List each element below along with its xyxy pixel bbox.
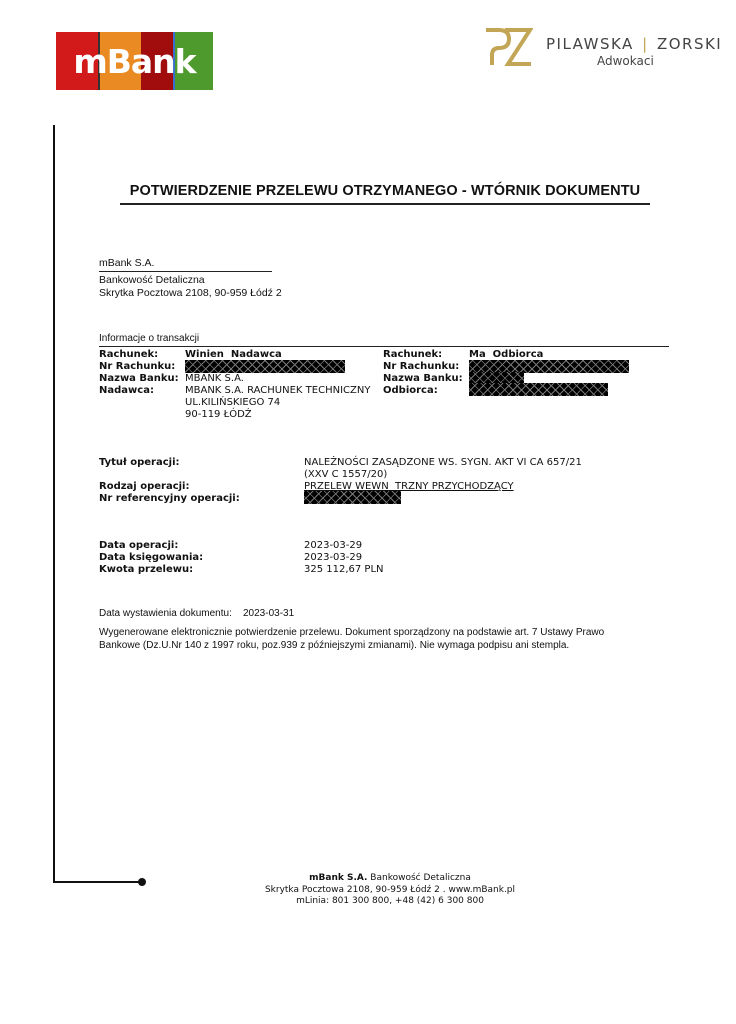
issue-date-label: Data wystawienia dokumentu: bbox=[99, 608, 232, 619]
mbank-logo-text: mBank bbox=[56, 32, 213, 90]
sender-account-label: Rachunek: bbox=[99, 349, 158, 360]
issuer-line: Bankowość Detaliczna bbox=[99, 274, 205, 286]
issuer-line: Skrytka Pocztowa 2108, 90-959 Łódź 2 bbox=[99, 287, 282, 299]
frame-dot bbox=[138, 878, 146, 886]
recipient-number-label: Nr Rachunku: bbox=[383, 361, 459, 372]
sender-bank-value: MBANK S.A. bbox=[185, 373, 244, 384]
footer-bank-name: mBank S.A. bbox=[309, 873, 367, 883]
operation-title-line: NALEŻNOŚCI ZASĄDZONE WS. SYGN. AKT VI CA… bbox=[304, 457, 582, 468]
law-firm-separator: | bbox=[642, 35, 649, 53]
booking-date-value: 2023-03-29 bbox=[304, 552, 362, 563]
issuer-name: mBank S.A. bbox=[99, 257, 154, 269]
law-firm-name-left: PILAWSKA bbox=[546, 35, 634, 53]
transaction-section-label: Informacje o transakcji bbox=[99, 333, 199, 344]
title-underline bbox=[120, 203, 650, 205]
recipient-bank-label: Nazwa Banku: bbox=[383, 373, 463, 384]
recipient-account-label: Rachunek: bbox=[383, 349, 442, 360]
issuer-rule bbox=[99, 271, 272, 272]
disclaimer-line: Bankowe (Dz.U.Nr 140 z 1997 roku, poz.93… bbox=[99, 640, 569, 651]
frame-vertical-line bbox=[53, 125, 55, 883]
issue-date-value: 2023-03-31 bbox=[243, 608, 294, 619]
sender-party-line: UL.KILIŃSKIEGO 74 bbox=[185, 397, 280, 408]
frame-bottom-line bbox=[53, 881, 143, 883]
sender-party-label: Nadawca: bbox=[99, 385, 154, 396]
amount-value: 325 112,67 PLN bbox=[304, 564, 384, 575]
transaction-section-rule bbox=[99, 346, 669, 347]
sender-bank-label: Nazwa Banku: bbox=[99, 373, 179, 384]
amount-label: Kwota przelewu: bbox=[99, 564, 193, 575]
recipient-party-redacted bbox=[469, 383, 608, 396]
sender-party-line: MBANK S.A. RACHUNEK TECHNICZNY bbox=[185, 385, 370, 396]
sender-account-value: Winien Nadawca bbox=[185, 349, 282, 360]
sender-number-redacted bbox=[185, 360, 345, 373]
recipient-party-label: Odbiorca: bbox=[383, 385, 438, 396]
operation-ref-label: Nr referencyjny operacji: bbox=[99, 493, 240, 504]
operation-date-value: 2023-03-29 bbox=[304, 540, 362, 551]
law-firm-name: PILAWSKA | ZORSKI bbox=[546, 35, 722, 53]
recipient-account-value: Ma Odbiorca bbox=[469, 349, 543, 360]
footer-phone: mLinia: 801 300 800, +48 (42) 6 300 800 bbox=[160, 896, 620, 908]
footer-address: Skrytka Pocztowa 2108, 90-959 Łódź 2 . w… bbox=[160, 885, 620, 897]
sender-party-line: 90-119 ŁÓDŹ bbox=[185, 409, 252, 420]
document-title: POTWIERDZENIE PRZELEWU OTRZYMANEGO - WTÓ… bbox=[120, 183, 650, 199]
operation-type-label: Rodzaj operacji: bbox=[99, 481, 189, 492]
booking-date-label: Data księgowania: bbox=[99, 552, 203, 563]
footer-bank-line: mBank S.A. Bankowość Detaliczna bbox=[160, 873, 620, 885]
disclaimer-line: Wygenerowane elektronicznie potwierdzeni… bbox=[99, 627, 604, 638]
operation-date-label: Data operacji: bbox=[99, 540, 178, 551]
operation-ref-redacted bbox=[304, 491, 401, 504]
footer-bank-division: Bankowość Detaliczna bbox=[367, 873, 470, 883]
law-firm-subtitle: Adwokaci bbox=[597, 54, 654, 68]
law-firm-name-right: ZORSKI bbox=[657, 35, 722, 53]
mbank-logo: mBank bbox=[56, 32, 213, 90]
operation-title-label: Tytuł operacji: bbox=[99, 457, 180, 468]
sender-number-label: Nr Rachunku: bbox=[99, 361, 175, 372]
operation-title-line: (XXV C 1557/20) bbox=[304, 469, 387, 480]
footer: mBank S.A. Bankowość Detaliczna Skrytka … bbox=[160, 873, 620, 908]
pz-monogram-icon bbox=[483, 27, 533, 67]
